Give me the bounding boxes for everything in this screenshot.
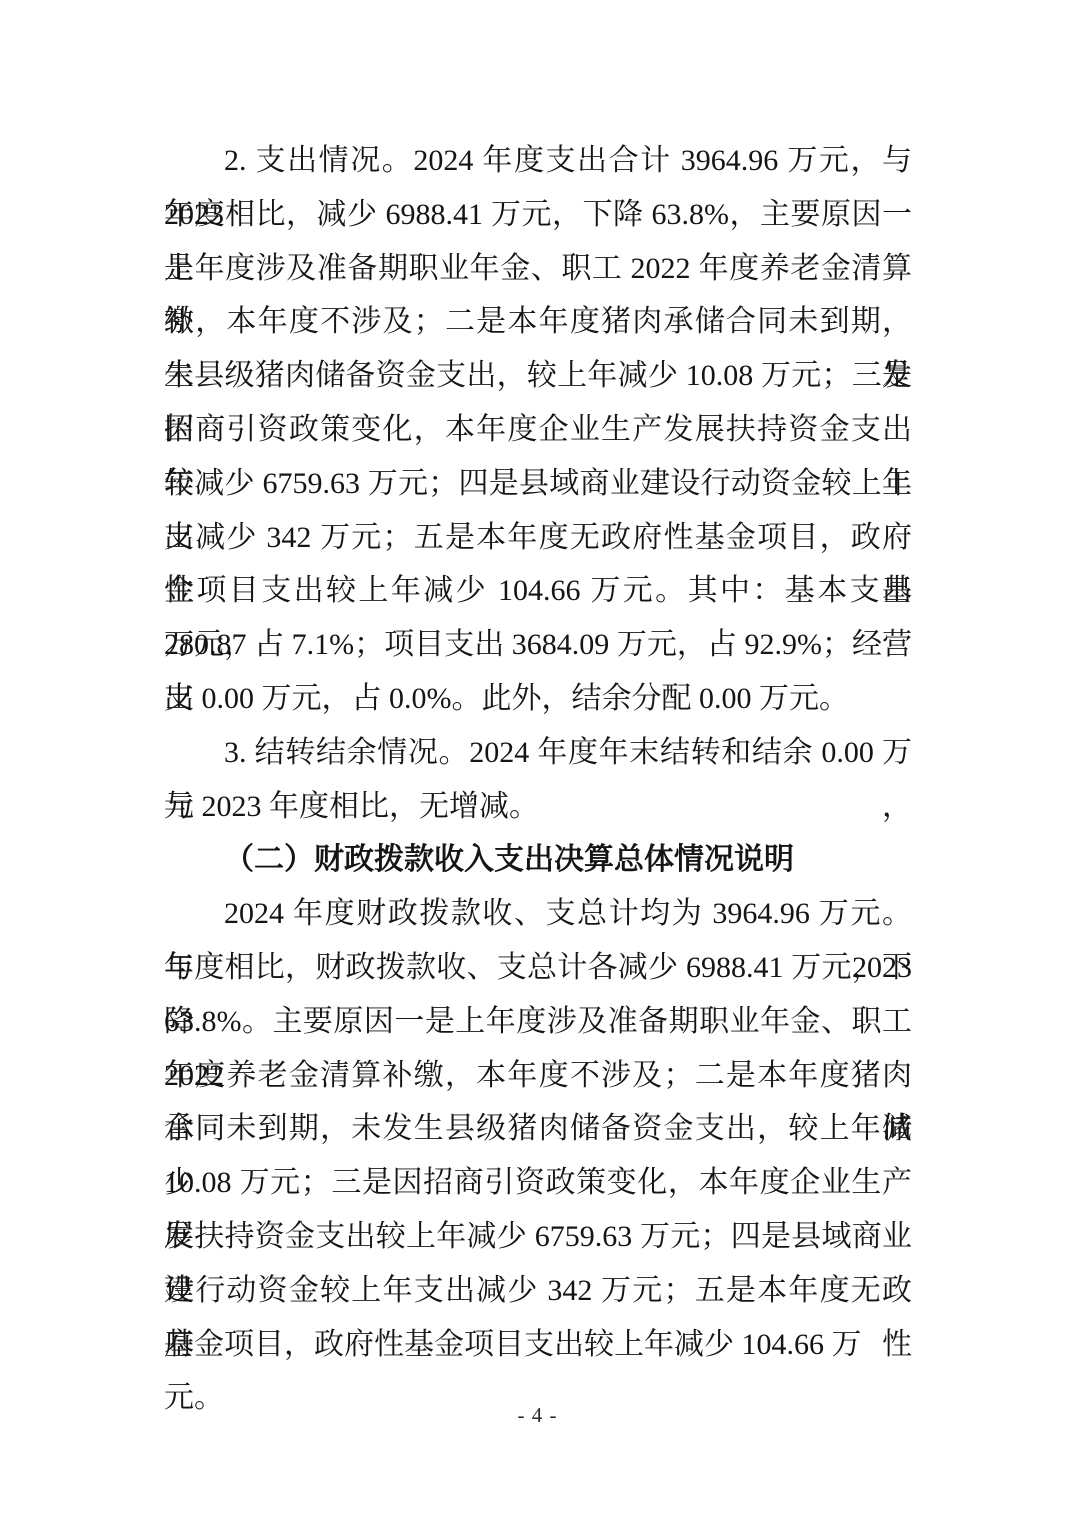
text-line: 年度相比，财政拨款收、支总计各减少 6988.41 万元，下降: [164, 941, 912, 995]
text-line: 2. 支出情况。2024 年度支出合计 3964.96 万元，与 2023: [164, 134, 912, 188]
paragraph-expenditure-overview: 2. 支出情况。2024 年度支出合计 3964.96 万元，与 2023 年度…: [164, 134, 912, 726]
text-line: 出减少 342 万元；五是本年度无政府性基金项目，政府性基: [164, 511, 912, 565]
text-line: 招商引资政策变化，本年度企业生产发展扶持资金支出较上: [164, 403, 912, 457]
text-line: 年减少 6759.63 万元；四是县域商业建设行动资金较上年支: [164, 457, 912, 511]
text-line: 金项目支出较上年减少 104.66 万元。其中：基本支出 280.87: [164, 564, 912, 618]
text-line: 上年度涉及准备期职业年金、职工 2022 年度养老金清算补: [164, 242, 912, 296]
text-line: 基金项目，政府性基金项目支出较上年减少 104.66 万元。: [164, 1318, 912, 1372]
text-line: 10.08 万元；三是因招商引资政策变化，本年度企业生产发: [164, 1156, 912, 1210]
text-line: 设行动资金较上年支出减少 342 万元；五是本年度无政府性: [164, 1264, 912, 1318]
text-line: 合同未到期，未发生县级猪肉储备资金支出，较上年减少: [164, 1102, 912, 1156]
text-line: 3. 结转结余情况。2024 年度年末结转和结余 0.00 万元，: [164, 726, 912, 780]
text-line: 年度养老金清算补缴，本年度不涉及；二是本年度猪肉承储: [164, 1049, 912, 1103]
text-line: 2024 年度财政拨款收、支总计均为 3964.96 万元。与 2023: [164, 887, 912, 941]
paragraph-carryover-balance: 3. 结转结余情况。2024 年度年末结转和结余 0.00 万元， 与 2023…: [164, 726, 912, 834]
document-body: 2. 支出情况。2024 年度支出合计 3964.96 万元，与 2023 年度…: [164, 134, 912, 1371]
text-line: 63.8%。主要原因一是上年度涉及准备期职业年金、职工 2022: [164, 995, 912, 1049]
section-heading: （二）财政拨款收入支出决算总体情况说明: [164, 833, 912, 887]
text-line: 缴，本年度不涉及；二是本年度猪肉承储合同未到期，未发: [164, 295, 912, 349]
text-line: 年度相比，减少 6988.41 万元，下降 63.8%，主要原因一是: [164, 188, 912, 242]
text-line: 出 0.00 万元，占 0.0%。此外，结余分配 0.00 万元。: [164, 672, 912, 726]
document-page: 2. 支出情况。2024 年度支出合计 3964.96 万元，与 2023 年度…: [0, 0, 1075, 1520]
text-line: 万元，占 7.1%；项目支出 3684.09 万元，占 92.9%；经营支: [164, 618, 912, 672]
text-line: 展扶持资金支出较上年减少 6759.63 万元；四是县域商业建: [164, 1210, 912, 1264]
paragraph-fiscal-appropriation: 2024 年度财政拨款收、支总计均为 3964.96 万元。与 2023 年度相…: [164, 887, 912, 1371]
page-number: - 4 -: [0, 1400, 1075, 1430]
text-line: 生县级猪肉储备资金支出，较上年减少 10.08 万元；三是因: [164, 349, 912, 403]
